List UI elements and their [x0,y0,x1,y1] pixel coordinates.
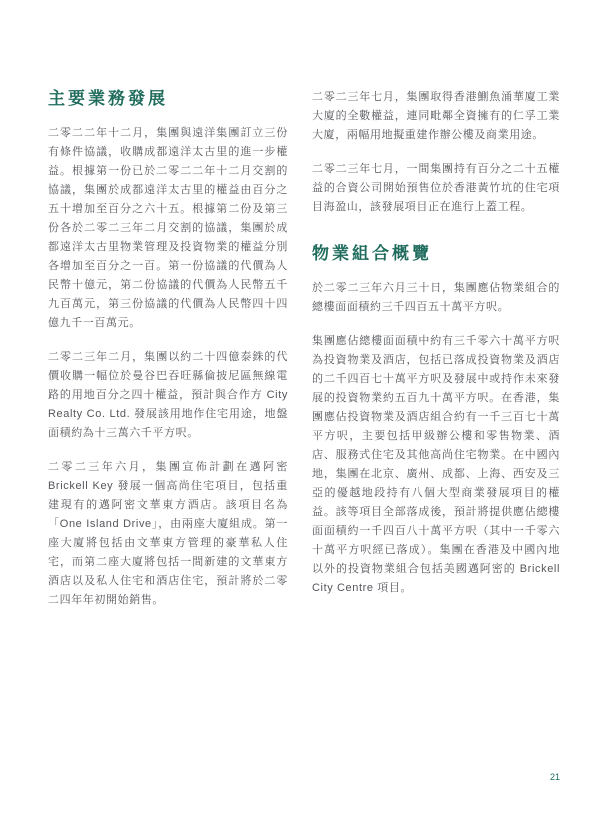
page-number: 21 [550,772,560,782]
paragraph-bangkok-land-acquisition: 二零二三年二月，集團以約二十四億泰銖的代價收購一幅位於曼谷巴吞旺縣倫披尼區無線電… [48,348,288,443]
page-content: 主要業務發展 二零二二年十二月，集團與遠洋集團訂立三份有條件協議，收購成都遠洋太… [48,88,560,625]
paragraph-quarry-bay-industrial-buildings: 二零二三年七月，集團取得香港鰂魚涌華廈工業大廈的全數權益，連同毗鄰全資擁有的仁孚… [312,88,560,145]
section-heading-major-business-development: 主要業務發展 [48,88,288,110]
document-page: 主要業務發展 二零二二年十二月，集團與遠洋集團訂立三份有條件協議，收購成都遠洋太… [0,0,600,814]
paragraph-chengdu-taikoo-li-agreements: 二零二二年十二月，集團與遠洋集團訂立三份有條件協議，收購成都遠洋太古里的進一步權… [48,124,288,333]
left-column: 主要業務發展 二零二二年十二月，集團與遠洋集團訂立三份有條件協議，收購成都遠洋太… [48,88,288,625]
paragraph-total-gfa: 於二零二三年六月三十日，集團應佔物業組合的總樓面面積約三千四百五十萬平方呎。 [312,279,560,317]
paragraph-portfolio-breakdown: 集團應佔總樓面面積中約有三千零六十萬平方呎為投資物業及酒店，包括已落成投資物業及… [312,332,560,598]
right-column: 二零二三年七月，集團取得香港鰂魚涌華廈工業大廈的全數權益，連同毗鄰全資擁有的仁孚… [312,88,560,625]
section-heading-property-portfolio-overview: 物業組合概覽 [312,243,560,265]
paragraph-miami-one-island-drive: 二零二三年六月，集團宣佈計劃在邁阿密 Brickell Key 發展一個高尚住宅… [48,458,288,610]
paragraph-wong-chuk-hang-presale: 二零二三年七月，一間集團持有百分之二十五權益的合資公司開始預售位於香港黃竹坑的住… [312,160,560,217]
